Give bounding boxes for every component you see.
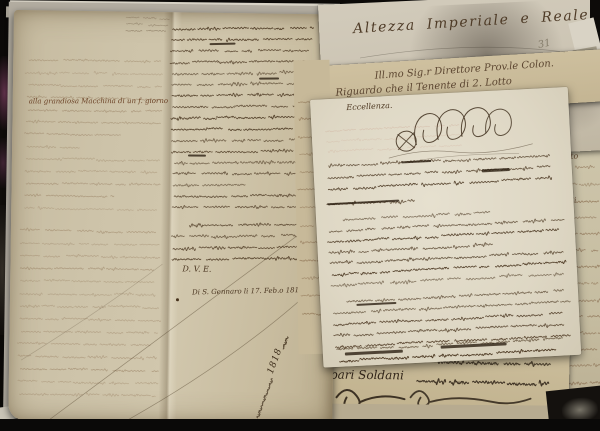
photograph-of-manuscripts: la mancata le quantità e ato dalle d'and… [0, 0, 600, 431]
crease-lines [8, 10, 338, 424]
background-bottom [0, 419, 600, 431]
open-folio: alla grandiosa Macchina di un f. giorno … [8, 10, 338, 424]
handwriting-lines [326, 201, 568, 289]
letter-sheet: Eccellenza. [310, 87, 581, 368]
handwriting-lines [325, 148, 556, 194]
